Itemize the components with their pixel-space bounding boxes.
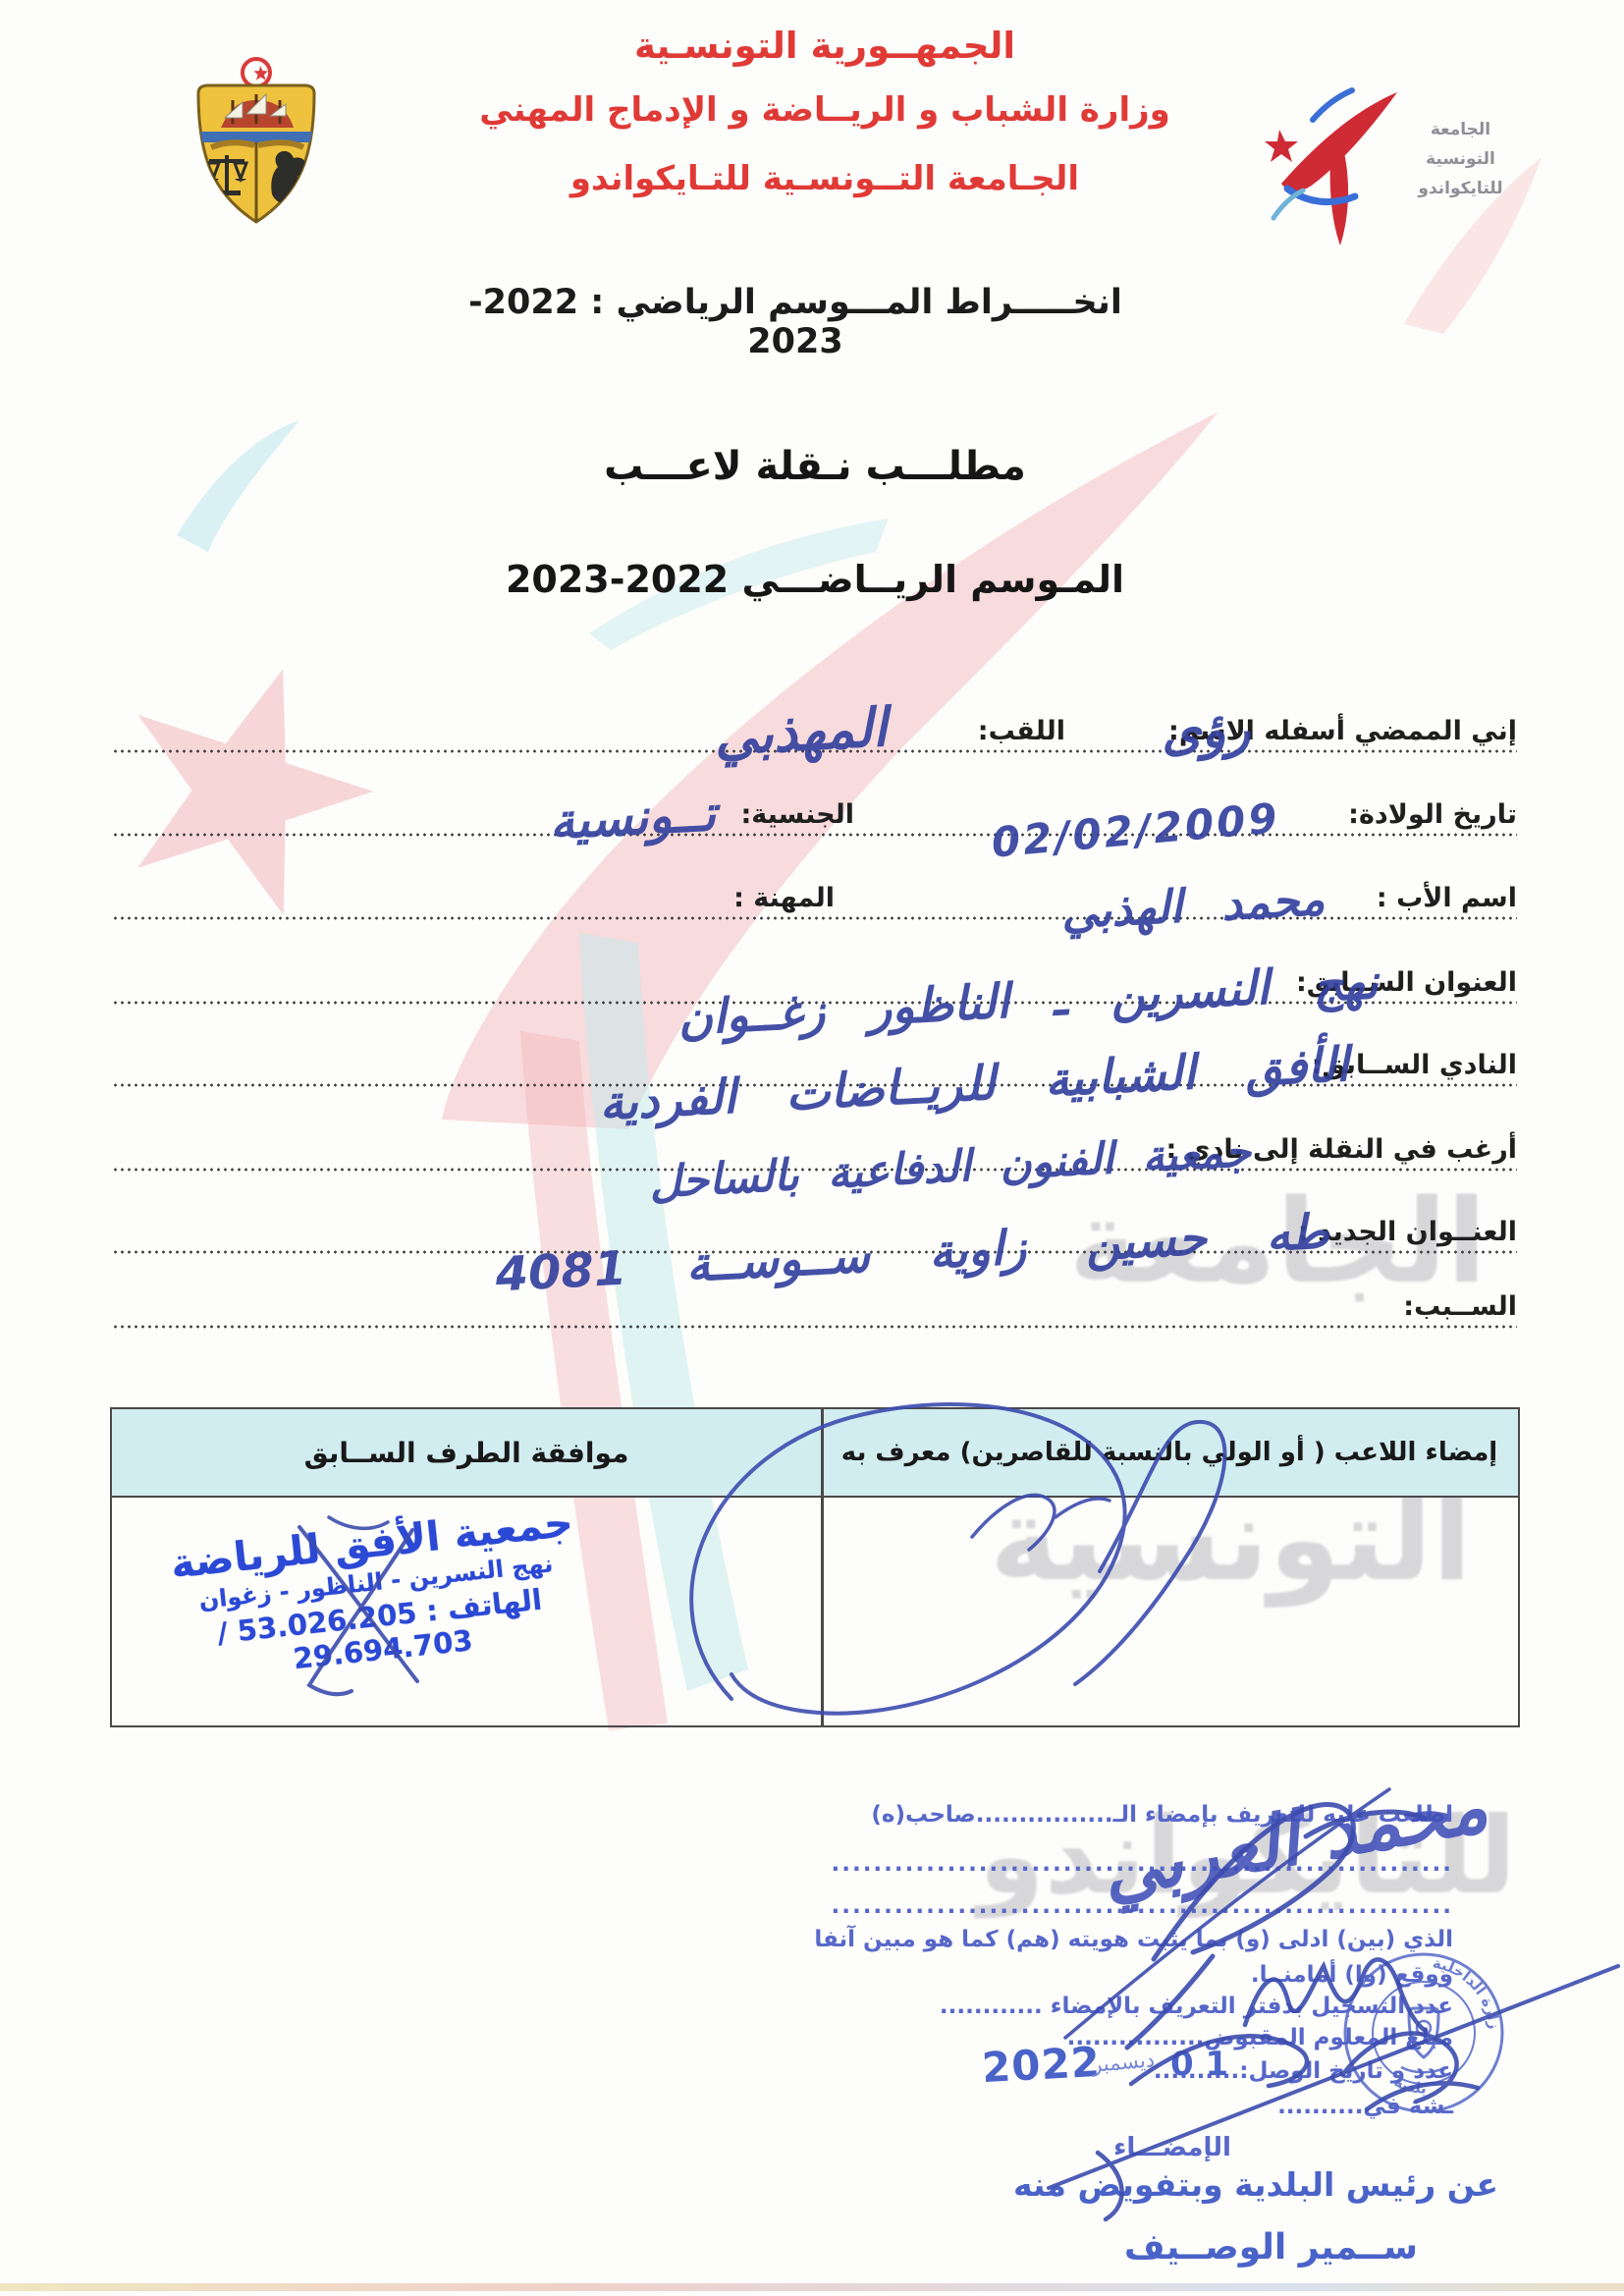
scan-edge-artifact: [0, 2283, 1624, 2291]
ink-signatures-overlay: [0, 0, 1624, 2296]
scanned-transfer-form: الجامعة التونسية للتايكواندو الجمهــورية…: [0, 0, 1624, 2296]
